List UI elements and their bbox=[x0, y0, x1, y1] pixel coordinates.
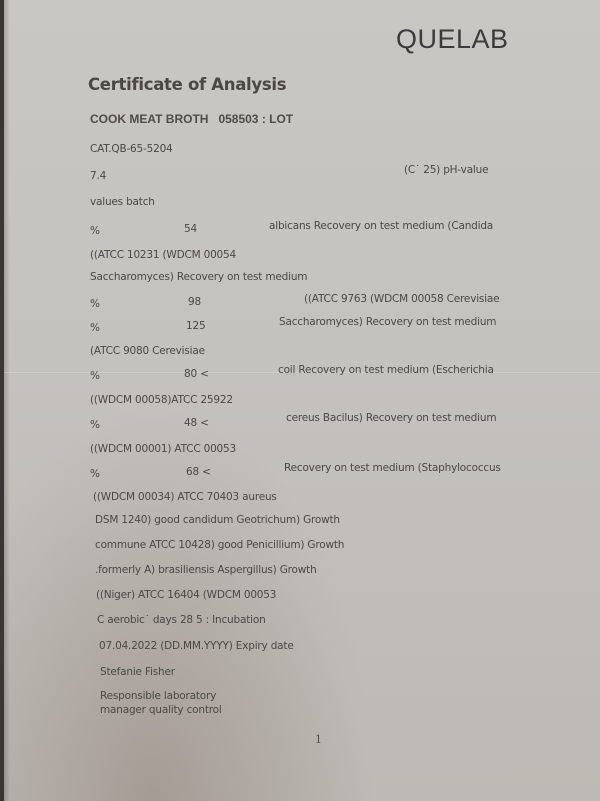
row-value: 98 bbox=[188, 296, 201, 308]
row-unit: % bbox=[90, 298, 100, 310]
row-text: Saccharomyces) Recovery on test medium bbox=[90, 271, 307, 283]
row-value: 54 bbox=[184, 223, 197, 235]
row-unit: % bbox=[90, 419, 100, 431]
row-value: 48 < bbox=[184, 417, 209, 429]
row-unit: % bbox=[90, 468, 100, 480]
ph-value: 7.4 bbox=[90, 170, 106, 182]
row-text: ((ATCC 10231 (WDCM 00054 bbox=[90, 249, 236, 261]
row-unit: % bbox=[90, 322, 100, 334]
row-unit: % bbox=[90, 370, 100, 382]
expiry-date: 07.04.2022 (DD.MM.YYYY) Expiry date bbox=[99, 640, 294, 652]
brand-logo: QUELAB bbox=[396, 24, 509, 55]
product-name: COOK MEAT BROTH bbox=[90, 112, 208, 126]
ph-label: (C˙ 25) pH-value bbox=[404, 164, 488, 176]
row-text: ((WDCM 00001) ATCC 00053 bbox=[90, 443, 236, 455]
product-line: COOK MEAT BROTH058503 : LOT bbox=[90, 112, 293, 126]
row-text: commune ATCC 10428) good Penicillium) Gr… bbox=[95, 539, 344, 551]
signatory-name: Stefanie Fisher bbox=[100, 666, 175, 678]
signatory-role-line1: Responsible laboratory bbox=[100, 690, 216, 702]
page-number: 1 bbox=[315, 733, 322, 746]
row-text: ((WDCM 00034) ATCC 70403 aureus bbox=[93, 491, 277, 503]
row-text: ((Niger) ATCC 16404 (WDCM 00053 bbox=[96, 589, 276, 601]
signatory-role-line2: manager quality control bbox=[100, 704, 222, 716]
row-text: coil Recovery on test medium (Escherichi… bbox=[278, 364, 494, 376]
row-value: 125 bbox=[186, 320, 205, 332]
row-unit: % bbox=[90, 225, 100, 237]
row-text: albicans Recovery on test medium (Candid… bbox=[269, 220, 493, 232]
lot-number: 058503 : LOT bbox=[218, 112, 293, 126]
batch-values-heading: values batch bbox=[90, 196, 155, 208]
incubation-line: C aerobic˙ days 28 5 : Incubation bbox=[97, 614, 266, 626]
row-text: ((ATCC 9763 (WDCM 00058 Cerevisiae bbox=[304, 293, 499, 305]
row-value: 80 < bbox=[184, 368, 209, 380]
certificate-page: QUELAB Certificate of Analysis COOK MEAT… bbox=[4, 0, 600, 801]
row-text: .formerly A) brasiliensis Aspergillus) G… bbox=[95, 564, 317, 576]
document-title: Certificate of Analysis bbox=[88, 75, 286, 94]
row-text: Saccharomyces) Recovery on test medium bbox=[279, 316, 496, 328]
row-value: 68 < bbox=[186, 466, 211, 478]
row-text: Recovery on test medium (Staphylococcus bbox=[284, 462, 501, 474]
row-text: DSM 1240) good candidum Geotrichum) Grow… bbox=[95, 514, 340, 526]
row-text: (ATCC 9080 Cerevisiae bbox=[90, 345, 205, 357]
catalog-number: CAT.QB-65-5204 bbox=[90, 143, 173, 155]
row-text: cereus Bacilus) Recovery on test medium bbox=[286, 412, 496, 424]
row-text: ((WDCM 00058)ATCC 25922 bbox=[90, 394, 233, 406]
